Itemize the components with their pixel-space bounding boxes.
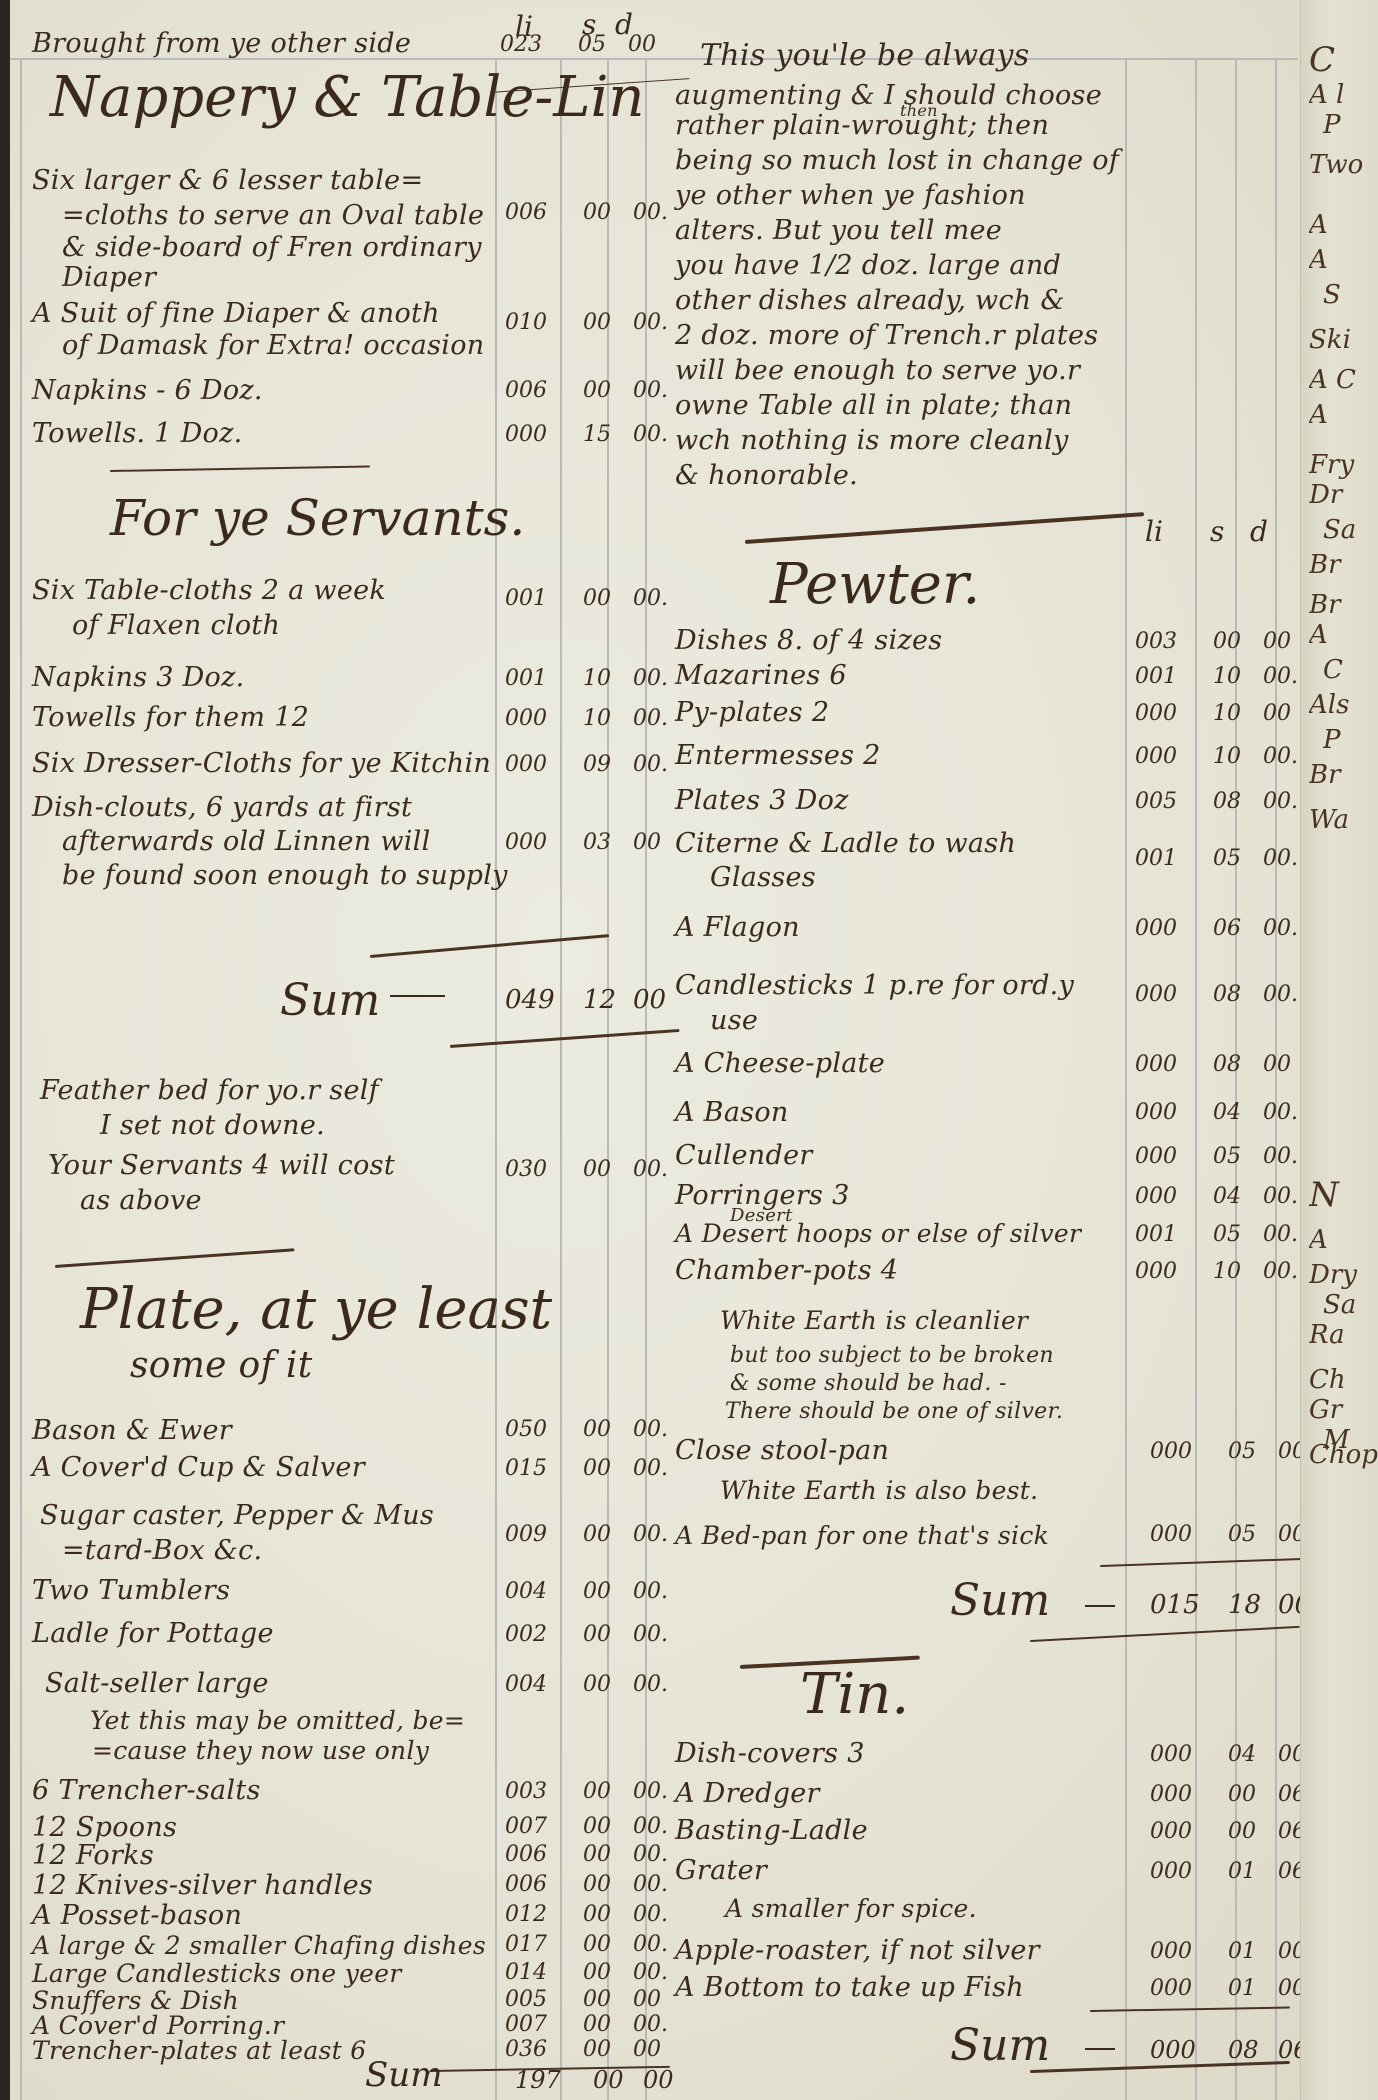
plate-item-9-amount: 0060000. <box>505 1840 673 1870</box>
plate-item-1-amount: 0500000. <box>505 1415 673 1445</box>
plate-item-16-amount: 0360000 <box>505 2035 673 2065</box>
section-divider <box>110 465 370 472</box>
pewter-item-14: Chamber-pots 4 <box>675 1255 898 1287</box>
plate-note-line-11: owne Table all in plate; than <box>675 390 1072 422</box>
pewter-item-5: Plates 3 Doz <box>675 785 849 817</box>
facing-peek-16: A <box>1309 620 1378 650</box>
tin-note: A smaller for spice. <box>725 1893 977 1925</box>
tin-item-2-amount: 0000006. <box>1150 1780 1318 1810</box>
pewter-sum-underline <box>1030 1626 1300 1642</box>
plate-note-line-6: alters. But you tell mee <box>675 215 1002 247</box>
middle-col-head-d: d <box>1250 515 1268 548</box>
servants-item-5-line-3: be found soon enough to supply <box>62 860 508 892</box>
tin-item-5: Apple-roaster, if not silver <box>675 1935 1040 1967</box>
napery-item-1-line-2: =cloths to serve an Oval table <box>62 200 484 232</box>
servants-item-1-line-1: Six Table-cloths 2 a week <box>32 575 386 607</box>
tin-sum-dash <box>1085 2048 1115 2050</box>
facing-peek-7: S <box>1323 280 1378 310</box>
middle-col-head-s: s <box>1210 515 1224 548</box>
tin-heading: Tin. <box>800 1665 909 1725</box>
manuscript-page: li s d Brought from ye other side 023050… <box>10 0 1378 2100</box>
napery-item-2-line-2: of Damask for Extra! occasion <box>62 330 484 362</box>
plate-item-13-amount: 0140000. <box>505 1958 673 1988</box>
pewter-item-13-amount: 0010500. <box>1135 1220 1303 1250</box>
tin-item-1: Dish-covers 3 <box>675 1738 865 1770</box>
facing-peek-18: Als <box>1309 690 1378 720</box>
facing-peek-6: A <box>1309 245 1378 275</box>
facing-peek-21: Wa <box>1309 805 1378 835</box>
pewter-item-7: A Flagon <box>675 912 800 944</box>
servants-item-5-amount: 0000300 <box>505 828 673 858</box>
plate-item-10: 12 Knives-silver handles <box>32 1870 373 1902</box>
plate-item-11-amount: 0120000. <box>505 1900 673 1930</box>
middle-col-head-li: li <box>1145 515 1163 548</box>
pewter-item-3: Py-plates 2 <box>675 697 829 729</box>
plate-sum-label: Sum <box>365 2055 442 2095</box>
beds-amount: 0300000. <box>505 1155 673 1185</box>
servants-item-5-line-1: Dish-clouts, 6 yards at first <box>32 792 412 824</box>
servants-sum-label: Sum <box>280 975 380 1026</box>
napery-item-4-amount: 0001500. <box>505 420 673 450</box>
plate-heading: Plate, at ye least <box>80 1280 552 1340</box>
plate-note-line-10: will bee enough to serve yo.r <box>675 355 1080 387</box>
plate-item-6: Salt-seller large <box>45 1668 269 1700</box>
pewter-item-16: A Bed-pan for one that's sick <box>675 1520 1049 1552</box>
facing-peek-13: Sa <box>1323 515 1378 545</box>
servants-sum-rule <box>370 934 609 958</box>
servants-item-4-amount: 0000900. <box>505 750 673 780</box>
facing-peek-5: A <box>1309 210 1378 240</box>
facing-peek-2: A l <box>1309 80 1378 110</box>
napery-item-4: Towells. 1 Doz. <box>32 418 243 450</box>
facing-peek-30: Chop <box>1309 1440 1378 1470</box>
tin-item-4: Grater <box>675 1855 767 1887</box>
left-margin-rule <box>20 58 22 2100</box>
facing-peek-1: C <box>1309 40 1378 80</box>
facing-peek-26: Ra <box>1309 1320 1378 1350</box>
napery-item-2-line-1: A Suit of fine Diaper & anoth <box>32 298 440 330</box>
pewter-item-8-line-2: use <box>710 1005 758 1037</box>
pewter-sum-rule <box>1100 1558 1310 1567</box>
tin-item-2: A Dredger <box>675 1778 820 1810</box>
napery-item-1-line-4: Diaper <box>62 262 156 294</box>
servants-sum-amount: 0491200 <box>505 985 673 1015</box>
napery-item-2-amount: 0100000. <box>505 308 673 338</box>
beds-line-1: Feather bed for yo.r self <box>40 1075 379 1107</box>
plate-note-line-12: wch nothing is more cleanly <box>675 425 1069 457</box>
beds-line-3: Your Servants 4 will cost <box>48 1150 395 1182</box>
tin-sum-amount: 0000806. <box>1150 2035 1318 2065</box>
pewter-item-14-amount: 0001000. <box>1135 1257 1303 1287</box>
servants-item-1-line-2: of Flaxen cloth <box>72 610 280 642</box>
pewter-sum-label: Sum <box>950 1575 1050 1626</box>
tin-sum-label: Sum <box>950 2020 1050 2071</box>
pewter-item-11-amount: 0000500. <box>1135 1142 1303 1172</box>
pewter-item-6-amount: 0010500. <box>1135 844 1303 874</box>
pewter-item-12-amount: 0000400. <box>1135 1182 1303 1212</box>
plate-note-line-2: =cause they now use only <box>92 1735 429 1767</box>
facing-peek-25: Sa <box>1323 1290 1378 1320</box>
pewter-item-13: A Desert hoops or else of silver <box>675 1218 1081 1250</box>
pewter-item-5-amount: 0050800. <box>1135 787 1303 817</box>
facing-peek-8: Ski <box>1309 325 1378 355</box>
napery-item-1-amount: 0060000. <box>505 198 673 228</box>
plate-note-line-2: augmenting & I should choose <box>675 80 1102 112</box>
plate-item-4-amount: 0040000. <box>505 1577 673 1607</box>
plate-item-2: A Cover'd Cup & Salver <box>32 1452 365 1484</box>
plate-item-3-line-2: =tard-Box &c. <box>62 1535 262 1567</box>
plate-item-5-amount: 0020000. <box>505 1620 673 1650</box>
servants-item-5-line-2: afterwards old Linnen will <box>62 826 431 858</box>
plate-divider <box>55 1248 295 1268</box>
carried-forward-label: Brought from ye other side <box>32 28 411 60</box>
servants-item-2: Napkins 3 Doz. <box>32 662 245 694</box>
pewter-item-16-amount: 0000500 <box>1150 1520 1318 1550</box>
facing-peek-23: A <box>1309 1225 1378 1255</box>
pewter-sum-dash <box>1085 1605 1115 1607</box>
tin-item-6-amount: 0000100 <box>1150 1974 1318 2004</box>
plate-note-line-13: & honorable. <box>675 460 858 492</box>
pewter-item-3-amount: 0001000 <box>1135 699 1303 729</box>
facing-peek-12: Dr <box>1309 480 1378 510</box>
tin-item-1-amount: 0000400. <box>1150 1740 1318 1770</box>
pewter-item-11: Cullender <box>675 1140 813 1172</box>
napery-item-1-line-3: & side-board of Fren ordinary <box>62 232 482 264</box>
plate-note-line-1: This you'le be always <box>700 40 1030 72</box>
plate-item-9: 12 Forks <box>32 1840 154 1872</box>
tin-sum-rule <box>1090 2007 1290 2012</box>
plate-note-line-7: you have 1/2 doz. large and <box>675 250 1061 282</box>
plate-item-10-amount: 0060000. <box>505 1870 673 1900</box>
tin-item-3: Basting-Ladle <box>675 1815 868 1847</box>
servants-sum-dash <box>390 995 445 997</box>
pewter-item-4-amount: 0001000. <box>1135 742 1303 772</box>
servants-heading: For ye Servants. <box>110 488 525 548</box>
facing-page-edge: C A l P Two A A S Ski A C A Fry Dr Sa Br… <box>1300 0 1378 2100</box>
pewter-sum-amount: 0151800 <box>1150 1590 1318 1620</box>
pewter-divider <box>745 512 1144 544</box>
servants-item-4: Six Dresser-Cloths for ye Kitchin <box>32 748 491 780</box>
pewter-item-8-line-1: Candlesticks 1 p.re for ord.y <box>675 970 1074 1002</box>
left-pounds-rule <box>495 58 497 2100</box>
middle-pounds-rule <box>1125 58 1127 2100</box>
beds-line-4: as above <box>80 1185 202 1217</box>
pewter-item-15-amount: 0000500. <box>1150 1437 1318 1467</box>
facing-peek-28: Gr <box>1309 1395 1378 1425</box>
plate-item-8-amount: 0070000. <box>505 1812 673 1842</box>
facing-peek-14: Br <box>1309 550 1378 580</box>
plate-item-6-amount: 0040000. <box>505 1670 673 1700</box>
plate-item-16: Trencher-plates at least 6 <box>32 2035 366 2067</box>
pewter-item-15: Close stool-pan <box>675 1435 889 1467</box>
plate-item-11: A Posset-bason <box>32 1900 242 1932</box>
plate-subheading: some of it <box>130 1350 312 1382</box>
facing-peek-20: Br <box>1309 760 1378 790</box>
facing-peek-10: A <box>1309 400 1378 430</box>
pewter-item-4: Entermesses 2 <box>675 740 881 772</box>
facing-peek-9: A C <box>1309 365 1378 395</box>
plate-note-line-1: Yet this may be omitted, be= <box>90 1705 465 1737</box>
servants-item-2-amount: 0011000. <box>505 664 673 694</box>
facing-peek-11: Fry <box>1309 450 1378 480</box>
facing-peek-15: Br <box>1309 590 1378 620</box>
carried-forward-amount: 0230500 <box>500 30 668 60</box>
plate-note-line-5: ye other when ye fashion <box>675 180 1026 212</box>
facing-peek-24: Dry <box>1309 1260 1378 1290</box>
facing-peek-27: Ch <box>1309 1365 1378 1395</box>
pewter-item-7-amount: 0000600. <box>1135 914 1303 944</box>
tin-item-6: A Bottom to take up Fish <box>675 1972 1024 2004</box>
plate-note-line-8: other dishes already, wch & <box>675 285 1065 317</box>
plate-item-5: Ladle for Pottage <box>32 1618 274 1650</box>
pewter-note-1-line-1: White Earth is cleanlier <box>720 1305 1028 1337</box>
pewter-item-1: Dishes 8. of 4 sizes <box>675 625 942 657</box>
facing-peek-4: Two <box>1309 150 1378 180</box>
plate-item-7: 6 Trencher-salts <box>32 1775 261 1807</box>
pewter-note-2: White Earth is also best. <box>720 1475 1038 1507</box>
pewter-item-2: Mazarines 6 <box>675 660 847 692</box>
tin-item-4-amount: 0000106. <box>1150 1857 1318 1887</box>
plate-item-12-amount: 0170000. <box>505 1930 673 1960</box>
napery-item-1-line-1: Six larger & 6 lesser table= <box>32 165 423 197</box>
pewter-item-6-line-2: Glasses <box>710 862 816 894</box>
pewter-item-8-amount: 0000800. <box>1135 980 1303 1010</box>
plate-note-line-9: 2 doz. more of Trench.r plates <box>675 320 1098 352</box>
plate-item-3-line-1: Sugar caster, Pepper & Mus <box>40 1500 434 1532</box>
plate-item-7-amount: 0030000. <box>505 1777 673 1807</box>
tin-item-5-amount: 0000100. <box>1150 1937 1318 1967</box>
facing-peek-17: C <box>1323 655 1378 685</box>
beds-line-2: I set not downe. <box>100 1110 325 1142</box>
pewter-item-6-line-1: Citerne & Ladle to wash <box>675 828 1016 860</box>
servants-item-3: Towells for them 12 <box>32 702 309 734</box>
servants-item-3-amount: 0001000. <box>505 704 673 734</box>
pewter-item-2-amount: 0011000. <box>1135 662 1303 692</box>
napery-item-3: Napkins - 6 Doz. <box>32 375 263 407</box>
facing-peek-22: N <box>1309 1175 1378 1215</box>
pewter-item-9-amount: 0000800 <box>1135 1050 1303 1080</box>
plate-sum-amount: 1970000 <box>515 2065 683 2095</box>
plate-note-line-4: being so much lost in change of <box>675 145 1119 177</box>
pewter-item-10-amount: 0000400. <box>1135 1098 1303 1128</box>
plate-note-line-3: rather plain-wrought; then <box>675 110 1049 142</box>
pewter-item-9: A Cheese-plate <box>675 1048 885 1080</box>
facing-peek-3: P <box>1323 110 1378 140</box>
plate-item-4: Two Tumblers <box>32 1575 230 1607</box>
plate-item-3-amount: 0090000. <box>505 1520 673 1550</box>
pewter-item-10: A Bason <box>675 1097 789 1129</box>
napery-heading: Nappery & Table-Lin <box>50 68 644 128</box>
pewter-heading: Pewter. <box>770 555 980 615</box>
plate-item-2-amount: 0150000. <box>505 1454 673 1484</box>
plate-item-1: Bason & Ewer <box>32 1415 232 1447</box>
servants-item-1-amount: 0010000. <box>505 584 673 614</box>
tin-item-3-amount: 0000006. <box>1150 1817 1318 1847</box>
pewter-note-1-line-4: There should be one of silver. <box>725 1396 1063 1428</box>
pewter-item-1-amount: 0030000 <box>1135 627 1303 657</box>
facing-peek-19: P <box>1323 725 1378 755</box>
napery-item-3-amount: 0060000. <box>505 376 673 406</box>
